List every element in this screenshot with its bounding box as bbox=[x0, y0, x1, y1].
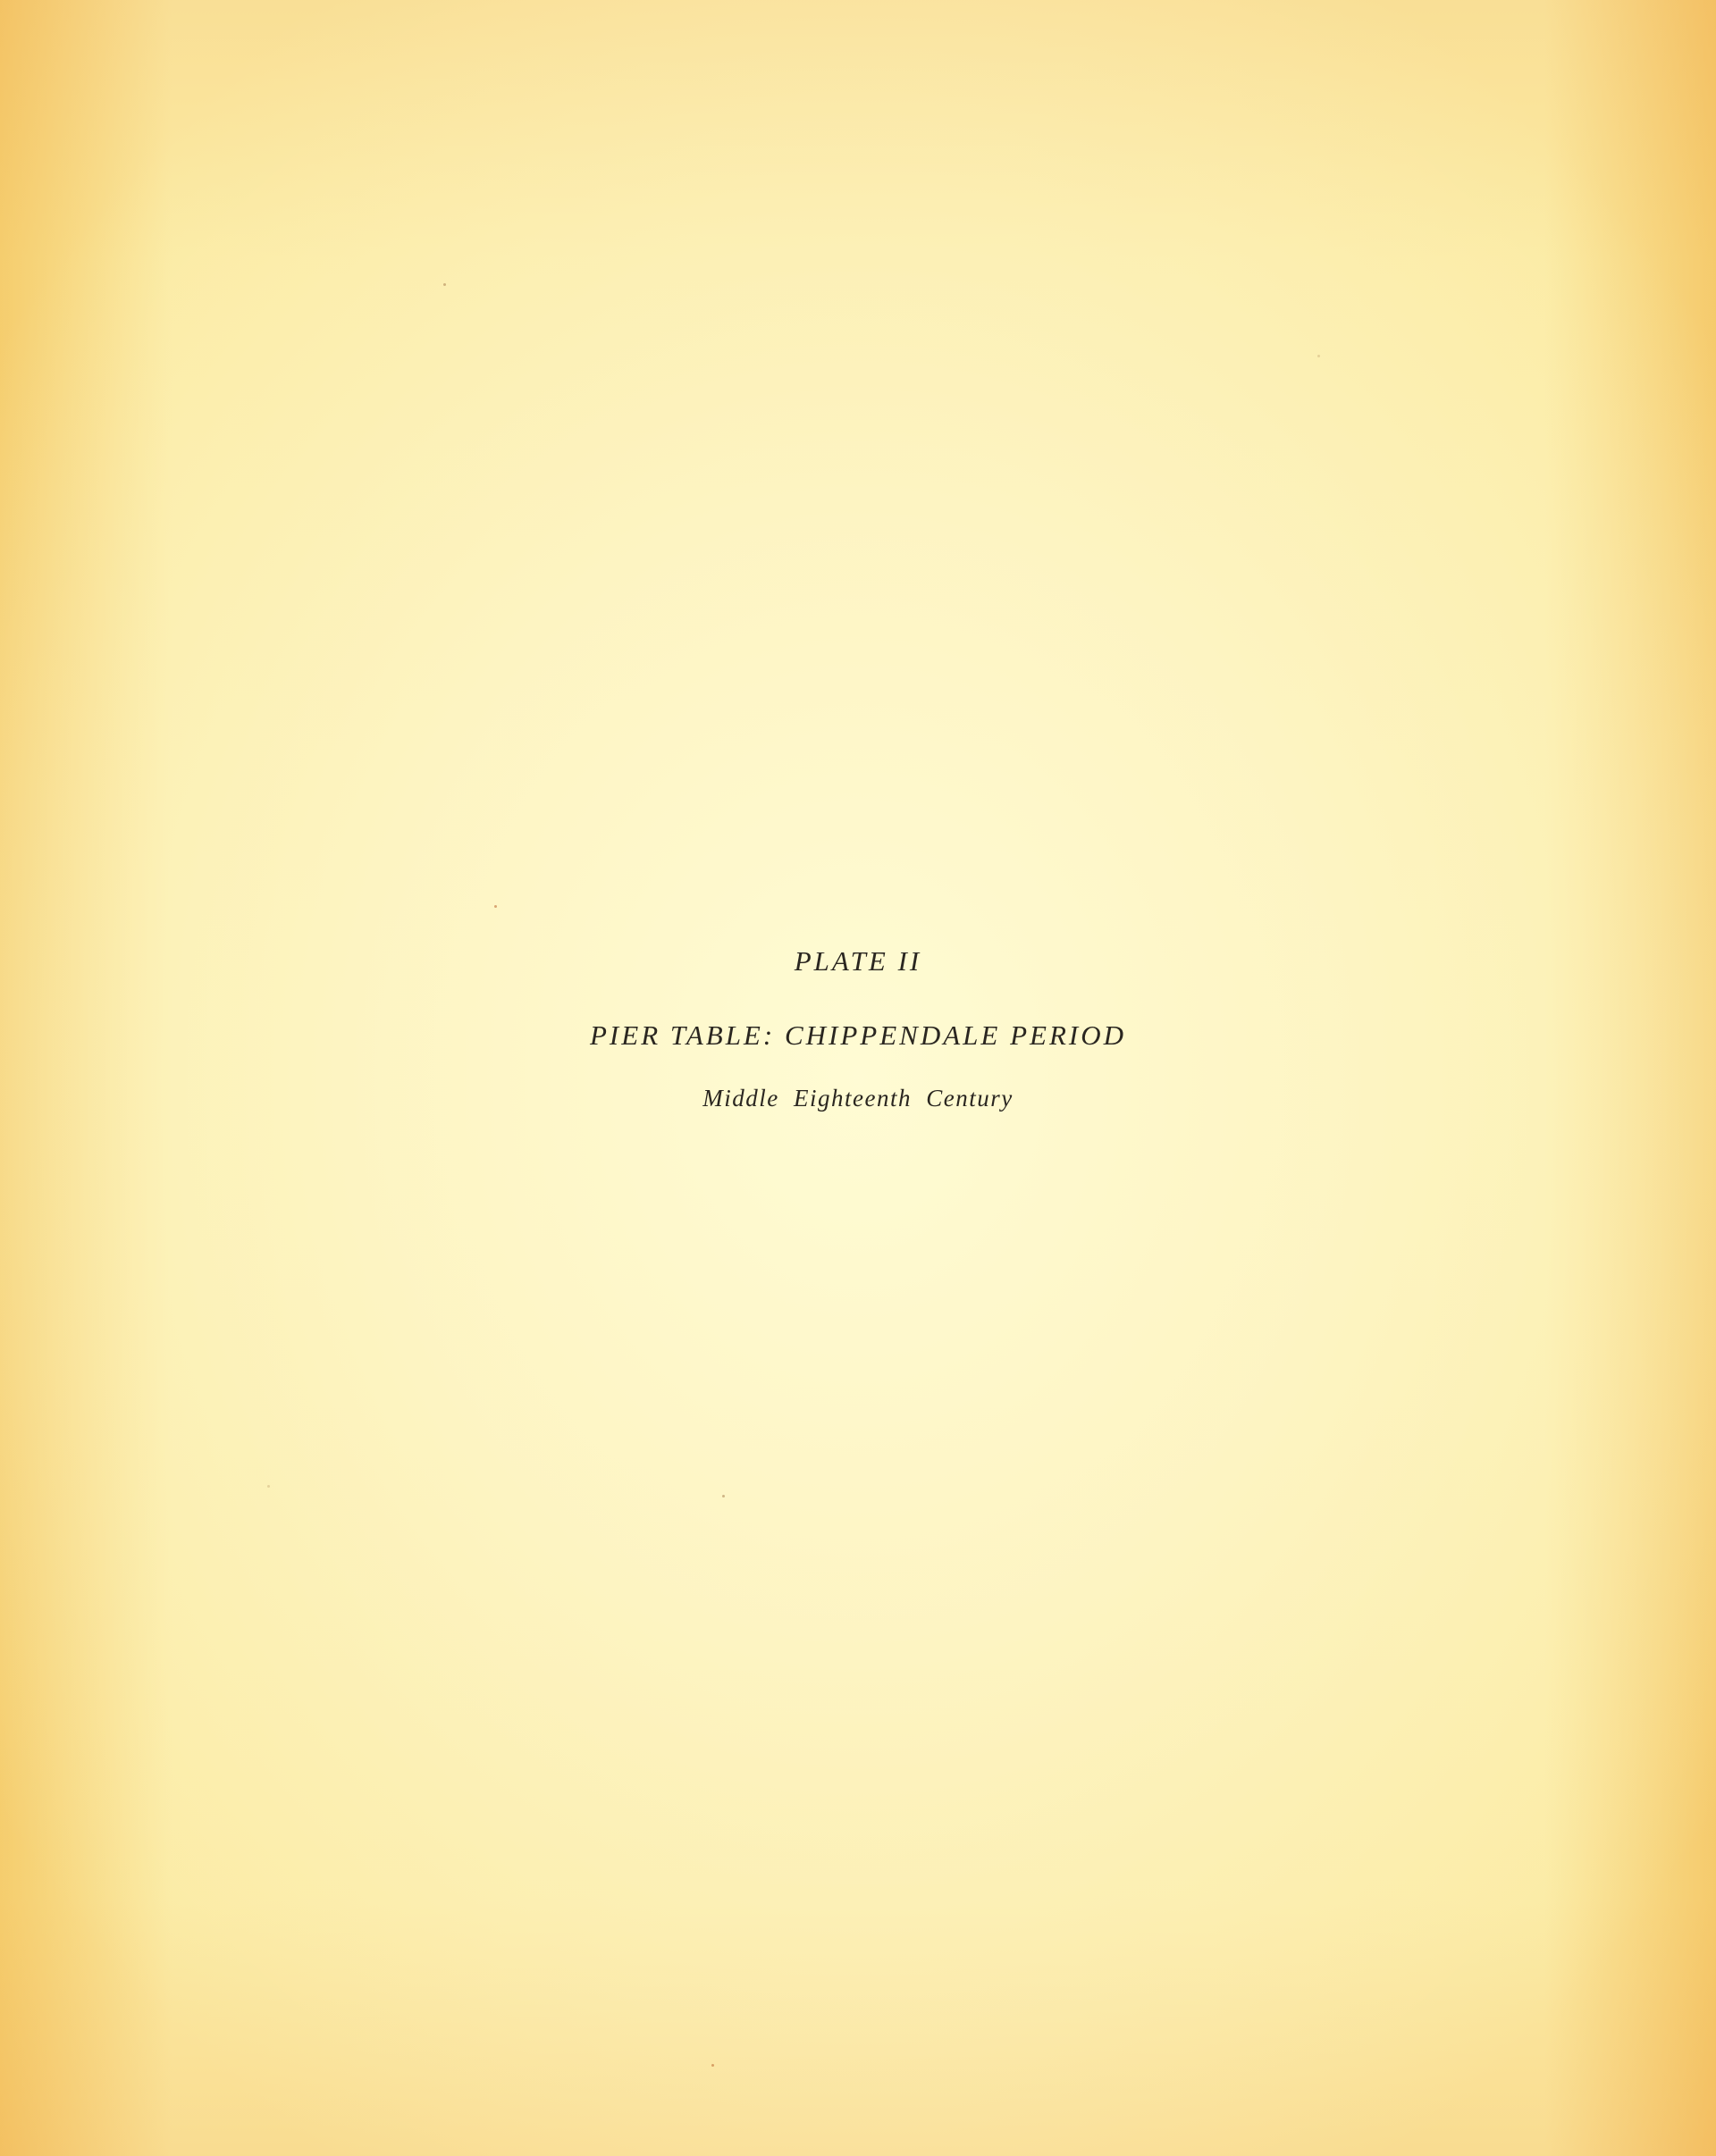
plate-number: PLATE II bbox=[0, 947, 1716, 975]
paper-speck bbox=[1317, 355, 1320, 357]
plate-title: PIER TABLE: CHIPPENDALE PERIOD bbox=[0, 1021, 1716, 1049]
paper-speck bbox=[711, 2064, 714, 2067]
plate-date: Middle Eighteenth Century bbox=[0, 1086, 1716, 1111]
book-page: PLATE II PIER TABLE: CHIPPENDALE PERIOD … bbox=[0, 0, 1716, 2156]
paper-speck bbox=[722, 1495, 725, 1497]
paper-speck bbox=[443, 283, 446, 286]
plate-caption: PLATE II PIER TABLE: CHIPPENDALE PERIOD … bbox=[0, 947, 1716, 1111]
paper-speck bbox=[494, 905, 497, 908]
paper-speck bbox=[267, 1485, 270, 1488]
